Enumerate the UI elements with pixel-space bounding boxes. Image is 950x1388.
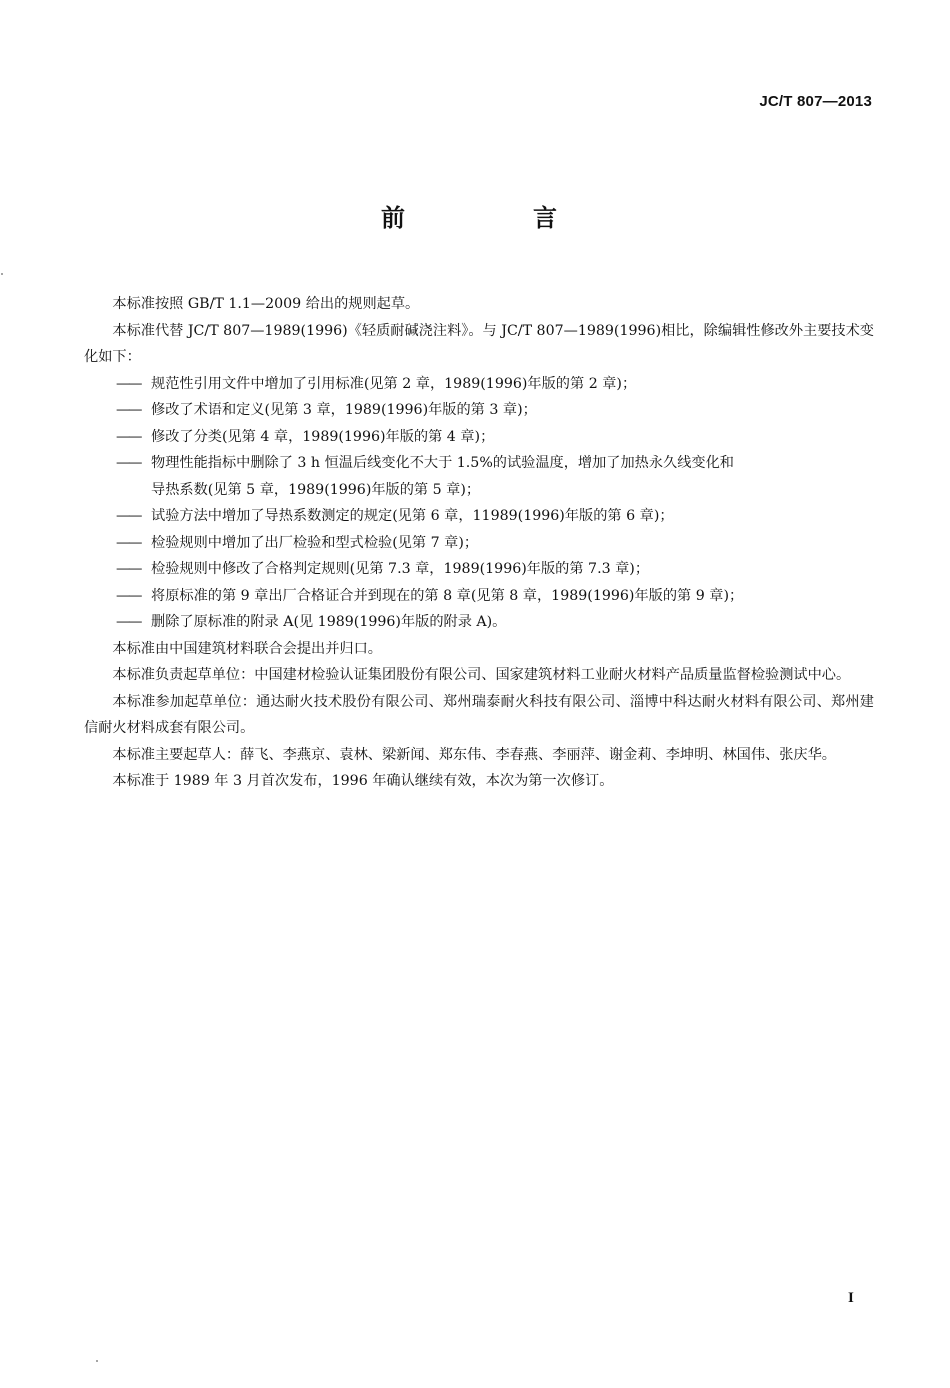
dash: —— — [116, 424, 151, 451]
dash: —— — [116, 371, 151, 398]
dash: —— — [116, 503, 151, 530]
paragraph-drafting-rules: 本标准按照 GB/T 1.1—2009 给出的规则起草。 — [84, 291, 874, 318]
dash: —— — [116, 556, 151, 583]
paragraph-lead-drafters: 本标准负责起草单位：中国建材检验认证集团股份有限公司、国家建筑材料工业耐火材料产… — [84, 662, 874, 689]
change-item-continuation: 导热系数(见第 5 章，1989(1996)年版的第 5 章)； — [84, 477, 874, 504]
scan-speck — [1, 273, 3, 275]
page-title: 前 言 — [0, 198, 950, 233]
scan-speck — [96, 1360, 98, 1362]
change-item: ——物理性能指标中删除了 3 h 恒温后线变化不大于 1.5%的试验温度，增加了… — [84, 450, 874, 477]
change-item: ——将原标准的第 9 章出厂合格证合并到现在的第 8 章(见第 8 章，1989… — [84, 583, 874, 610]
page-number: I — [848, 1290, 854, 1307]
dash: —— — [116, 609, 151, 636]
paragraph-replacement: 本标准代替 JC/T 807—1989(1996)《轻质耐碱浇注料》。与 JC/… — [84, 318, 874, 371]
change-item: ——删除了原标准的附录 A(见 1989(1996)年版的附录 A)。 — [84, 609, 874, 636]
paragraph-main-authors: 本标准主要起草人：薛飞、李燕京、袁林、梁新闻、郑东伟、李春燕、李丽萍、谢金莉、李… — [84, 742, 874, 769]
paragraph-history: 本标准于 1989 年 3 月首次发布，1996 年确认继续有效，本次为第一次修… — [84, 768, 874, 795]
dash: —— — [116, 397, 151, 424]
change-item: ——检验规则中修改了合格判定规则(见第 7.3 章，1989(1996)年版的第… — [84, 556, 874, 583]
dash: —— — [116, 530, 151, 557]
foreword-body: 本标准按照 GB/T 1.1—2009 给出的规则起草。 本标准代替 JC/T … — [84, 291, 874, 795]
dash: —— — [116, 450, 151, 477]
standard-code: JC/T 807—2013 — [759, 93, 872, 110]
paragraph-participating-drafters: 本标准参加起草单位：通达耐火技术股份有限公司、郑州瑞泰耐火科技有限公司、淄博中科… — [84, 689, 874, 742]
change-item: ——规范性引用文件中增加了引用标准(见第 2 章，1989(1996)年版的第 … — [84, 371, 874, 398]
change-item: ——试验方法中增加了导热系数测定的规定(见第 6 章，11989(1996)年版… — [84, 503, 874, 530]
dash: —— — [116, 583, 151, 610]
change-item: ——检验规则中增加了出厂检验和型式检验(见第 7 章)； — [84, 530, 874, 557]
change-item: ——修改了分类(见第 4 章，1989(1996)年版的第 4 章)； — [84, 424, 874, 451]
paragraph-proposer: 本标准由中国建筑材料联合会提出并归口。 — [84, 636, 874, 663]
change-item: ——修改了术语和定义(见第 3 章，1989(1996)年版的第 3 章)； — [84, 397, 874, 424]
